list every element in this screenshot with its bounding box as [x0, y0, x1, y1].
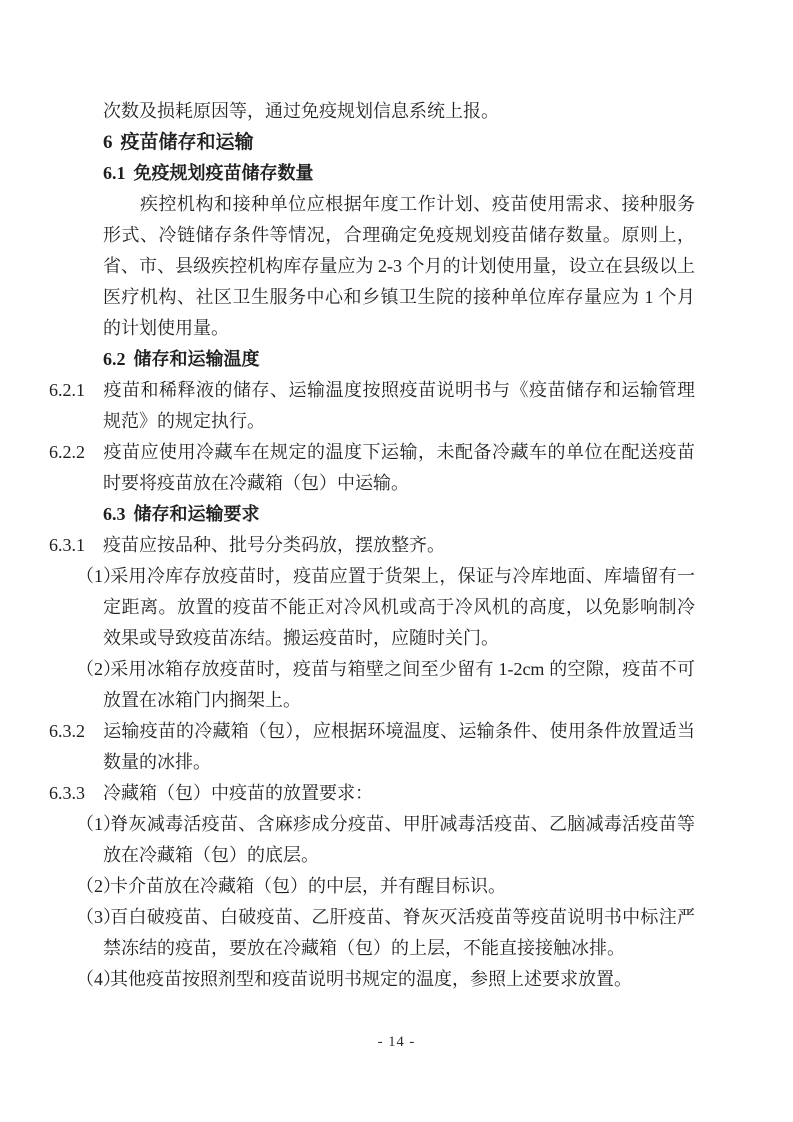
list-item-number: （1） — [76, 809, 110, 840]
subsection-number: 6.1 — [103, 163, 126, 183]
document-page: 次数及损耗原因等，通过免疫规划信息系统上报。 6疫苗储存和运输 6.1免疫规划疫… — [0, 0, 793, 1122]
list-item-6-3-3-1: （1）脊灰减毒活疫苗、含麻疹成分疫苗、甲肝减毒活疫苗、乙脑减毒活疫苗等放在冷藏箱… — [103, 809, 695, 871]
clause-6-3-2: 6.3.2运输疫苗的冷藏箱（包），应根据环境温度、运输条件、使用条件放置适当数量… — [103, 716, 695, 778]
clause-text: 疫苗和稀释液的储存、运输温度按照疫苗说明书与《疫苗储存和运输管理规范》的规定执行… — [103, 380, 695, 431]
subsection-heading-6-3: 6.3储存和运输要求 — [103, 499, 695, 530]
subsection-title: 免疫规划疫苗储存数量 — [134, 163, 314, 183]
list-item-number: （4） — [76, 964, 110, 995]
list-item-text: 采用冰箱存放疫苗时，疫苗与箱壁之间至少留有 1-2cm 的空隙，疫苗不可放置在冰… — [103, 659, 695, 710]
clause-text: 冷藏箱（包）中疫苗的放置要求： — [103, 783, 373, 803]
subsection-title: 储存和运输要求 — [134, 504, 260, 524]
list-item-text: 其他疫苗按照剂型和疫苗说明书规定的温度，参照上述要求放置。 — [110, 969, 632, 989]
subsection-heading-6-2: 6.2储存和运输温度 — [103, 344, 695, 375]
list-item-text: 脊灰减毒活疫苗、含麻疹成分疫苗、甲肝减毒活疫苗、乙脑减毒活疫苗等放在冷藏箱（包）… — [103, 814, 695, 865]
list-item-text: 采用冷库存放疫苗时，疫苗应置于货架上，保证与冷库地面、库墙留有一定距离。放置的疫… — [103, 566, 695, 648]
section-title: 疫苗储存和运输 — [121, 132, 254, 153]
clause-text: 运输疫苗的冷藏箱（包），应根据环境温度、运输条件、使用条件放置适当数量的冰排。 — [103, 721, 695, 772]
document-body: 次数及损耗原因等，通过免疫规划信息系统上报。 6疫苗储存和运输 6.1免疫规划疫… — [103, 96, 695, 995]
section-number: 6 — [103, 132, 113, 153]
clause-6-3-1: 6.3.1疫苗应按品种、批号分类码放，摆放整齐。 — [103, 530, 695, 561]
clause-number: 6.3.3 — [49, 778, 103, 809]
list-item-number: （2） — [76, 654, 110, 685]
clause-text: 疫苗应使用冷藏车在规定的温度下运输，未配备冷藏车的单位在配送疫苗时要将疫苗放在冷… — [103, 442, 695, 493]
list-item-6-3-3-2: （2）卡介苗放在冷藏箱（包）的中层，并有醒目标识。 — [103, 871, 695, 902]
list-item-6-3-3-4: （4）其他疫苗按照剂型和疫苗说明书规定的温度，参照上述要求放置。 — [103, 964, 695, 995]
list-item-6-3-3-3: （3）百白破疫苗、白破疫苗、乙肝疫苗、脊灰灭活疫苗等疫苗说明书中标注严禁冻结的疫… — [103, 902, 695, 964]
subsection-title: 储存和运输温度 — [134, 349, 260, 369]
clause-number: 6.2.2 — [49, 437, 103, 468]
list-item-number: （2） — [76, 871, 110, 902]
list-item-6-3-1-2: （2）采用冰箱存放疫苗时，疫苗与箱壁之间至少留有 1-2cm 的空隙，疫苗不可放… — [103, 654, 695, 716]
subsection-heading-6-1: 6.1免疫规划疫苗储存数量 — [103, 158, 695, 189]
subsection-number: 6.3 — [103, 504, 126, 524]
clause-number: 6.2.1 — [49, 375, 103, 406]
paragraph-storage-quantity: 疾控机构和接种单位应根据年度工作计划、疫苗使用需求、接种服务形式、冷链储存条件等… — [103, 189, 695, 344]
section-heading-6: 6疫苗储存和运输 — [103, 127, 695, 158]
clause-6-2-1: 6.2.1疫苗和稀释液的储存、运输温度按照疫苗说明书与《疫苗储存和运输管理规范》… — [103, 375, 695, 437]
clause-6-3-3: 6.3.3冷藏箱（包）中疫苗的放置要求： — [103, 778, 695, 809]
clause-number: 6.3.1 — [49, 530, 103, 561]
clause-text: 疫苗应按品种、批号分类码放，摆放整齐。 — [103, 535, 445, 555]
list-item-number: （1） — [76, 561, 110, 592]
list-item-6-3-1-1: （1）采用冷库存放疫苗时，疫苗应置于货架上，保证与冷库地面、库墙留有一定距离。放… — [103, 561, 695, 654]
paragraph-continuation: 次数及损耗原因等，通过免疫规划信息系统上报。 — [103, 96, 695, 127]
list-item-text: 百白破疫苗、白破疫苗、乙肝疫苗、脊灰灭活疫苗等疫苗说明书中标注严禁冻结的疫苗，要… — [103, 907, 695, 958]
list-item-text: 卡介苗放在冷藏箱（包）的中层，并有醒目标识。 — [110, 876, 506, 896]
subsection-number: 6.2 — [103, 349, 126, 369]
clause-number: 6.3.2 — [49, 716, 103, 747]
list-item-number: （3） — [76, 902, 110, 933]
clause-6-2-2: 6.2.2疫苗应使用冷藏车在规定的温度下运输，未配备冷藏车的单位在配送疫苗时要将… — [103, 437, 695, 499]
page-number: - 14 - — [0, 1034, 793, 1051]
